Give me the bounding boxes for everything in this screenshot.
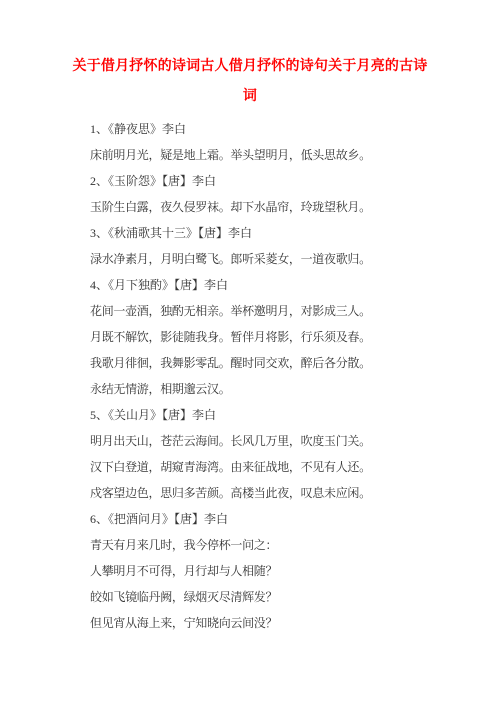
page-title: 关于借月抒怀的诗词古人借月抒怀的诗句关于月亮的古诗 词 [40,52,460,112]
poem-heading: 4、《月下独酌》【唐】李白 [90,272,480,298]
page-title-line1: 关于借月抒怀的诗词古人借月抒怀的诗句关于月亮的古诗 [40,52,460,82]
poem-line: 我歌月徘徊，我舞影零乱。醒时同交欢，醉后各分散。 [90,350,480,376]
poem-heading: 6、《把酒问月》【唐】李白 [90,506,480,532]
poem-line: 皎如飞镜临丹阙，绿烟灭尽清辉发？ [90,584,480,610]
poem-heading: 2、《玉阶怨》【唐】李白 [90,168,480,194]
poem-heading: 3、《秋浦歌其十三》【唐】李白 [90,220,480,246]
poem-line: 床前明月光，疑是地上霜。举头望明月，低头思故乡。 [90,142,480,168]
document-page: 关于借月抒怀的诗词古人借月抒怀的诗句关于月亮的古诗 词 1、《静夜思》李白床前明… [0,0,500,707]
poem-line: 永结无情游，相期邈云汉。 [90,376,480,402]
poem-list: 1、《静夜思》李白床前明月光，疑是地上霜。举头望明月，低头思故乡。2、《玉阶怨》… [90,116,480,636]
poem-line: 汉下白登道，胡窥青海湾。由来征战地，不见有人还。 [90,454,480,480]
poem-line: 月既不解饮，影徒随我身。暂伴月将影，行乐须及春。 [90,324,480,350]
poem-heading: 5、《关山月》【唐】李白 [90,402,480,428]
poem-line: 青天有月来几时，我今停杯一问之： [90,532,480,558]
poem-line: 但见宵从海上来，宁知晓向云间没？ [90,610,480,636]
poem-line: 明月出天山，苍茫云海间。长风几万里，吹度玉门关。 [90,428,480,454]
poem-heading: 1、《静夜思》李白 [90,116,480,142]
page-title-line2: 词 [40,82,460,112]
poem-line: 玉阶生白露，夜久侵罗袜。却下水晶帘，玲珑望秋月。 [90,194,480,220]
poem-line: 人攀明月不可得，月行却与人相随？ [90,558,480,584]
poem-line: 戍客望边色，思归多苦颜。高楼当此夜，叹息未应闲。 [90,480,480,506]
poem-line: 花间一壶酒，独酌无相亲。举杯邀明月，对影成三人。 [90,298,480,324]
poem-line: 渌水净素月，月明白鹭飞。郎听采菱女，一道夜歌归。 [90,246,480,272]
